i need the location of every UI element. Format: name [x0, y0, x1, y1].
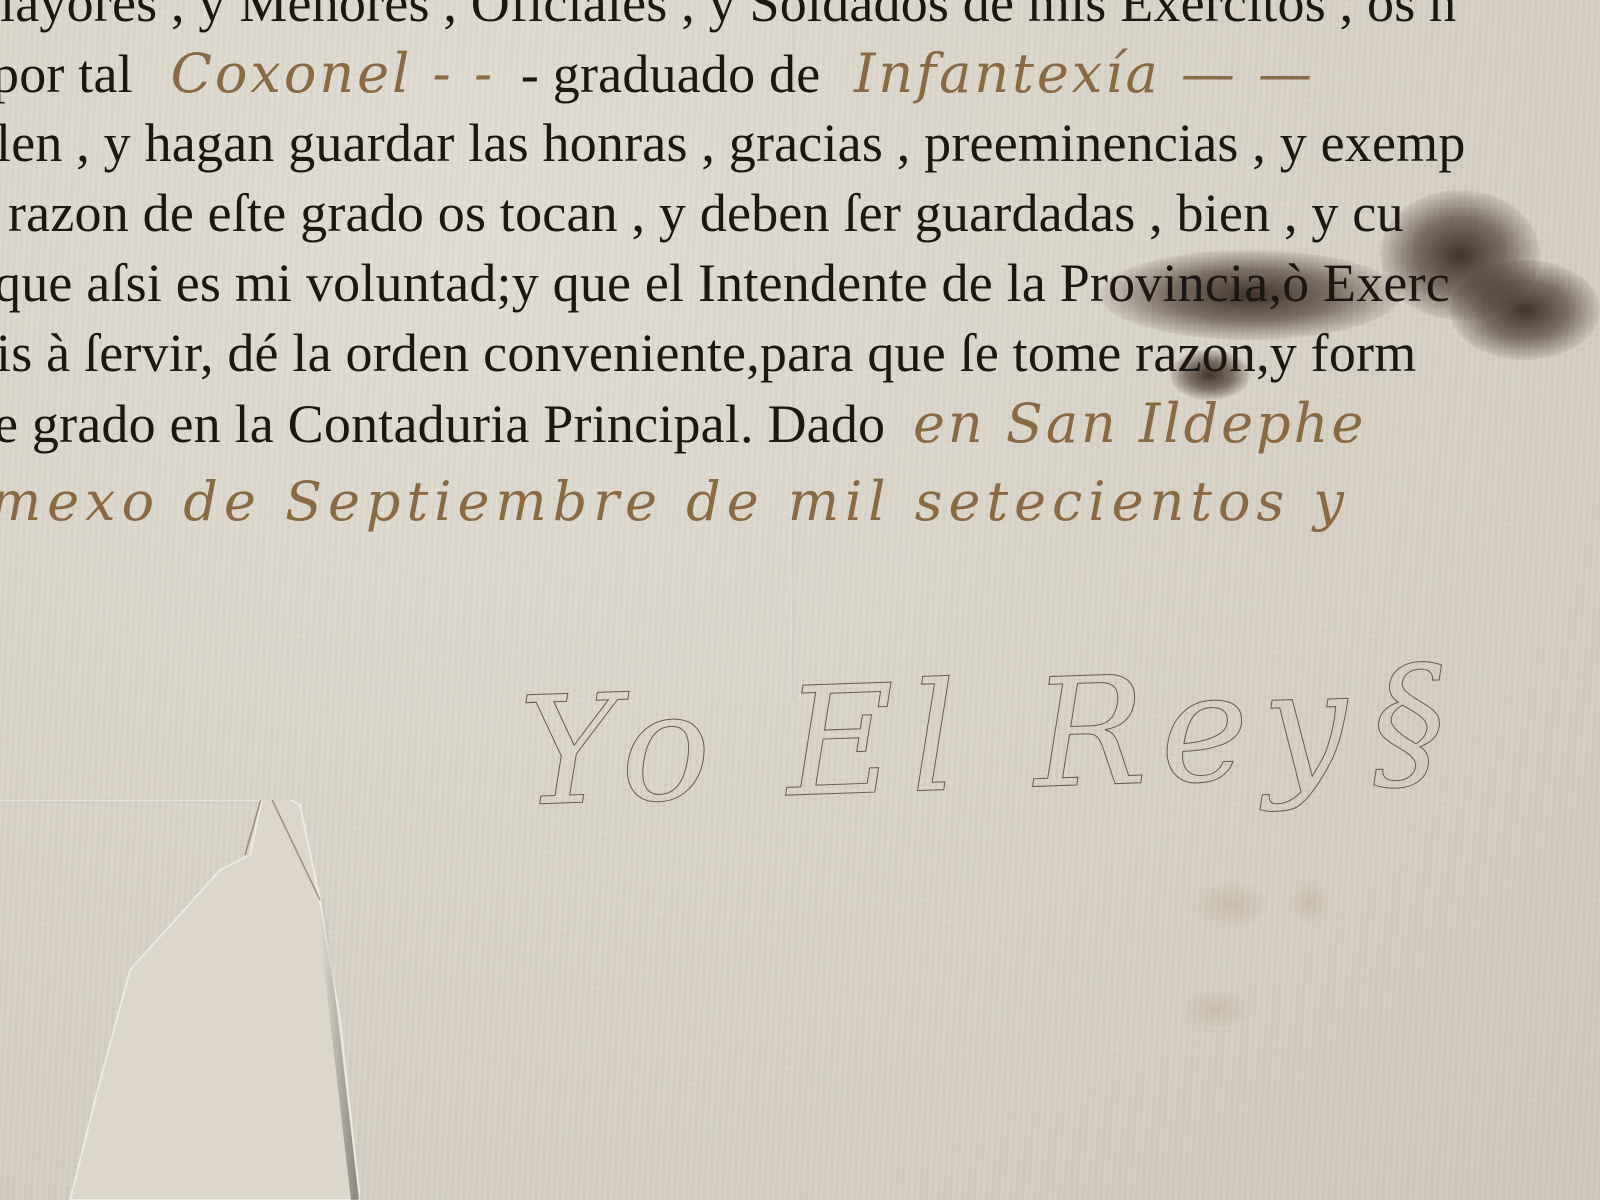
printed-line-2: len , y hagan guardar las honras , graci… [0, 112, 1466, 174]
foxing-stain [1180, 990, 1250, 1030]
foxing-stain [1290, 880, 1330, 925]
foxing-stain [1190, 880, 1270, 930]
royal-signature: Yo El Rey§ [517, 634, 1463, 841]
printed-line-1: por tal Coxonel - - - graduado de Infant… [0, 42, 1315, 105]
printed-line-4: que aſsi es mi voluntad;y que el Intende… [0, 252, 1450, 314]
handwritten-branch: Infantexía — — [854, 42, 1315, 105]
printed-line-5: is à ſervir, dé la orden conveniente,par… [0, 322, 1416, 384]
ink-smudge [1450, 260, 1600, 360]
printed-text: - graduado de [521, 44, 820, 104]
handwritten-rank: Coxonel - - [171, 42, 496, 105]
folded-seal-flap [0, 800, 360, 1200]
paper-fold-horizontal [0, 800, 270, 803]
printed-line-0: layores , y Menores , Oficiales , y Sold… [0, 0, 1456, 34]
printed-text: e grado en la Contaduria Principal. Dado [0, 394, 885, 454]
handwritten-date-line: mexo de Septiembre de mil setecientos y [0, 470, 1350, 533]
printed-text: por tal [0, 44, 133, 104]
signature-rubric: § [1368, 634, 1463, 811]
printed-line-3: razon de eſte grado os tocan , y deben ſ… [8, 182, 1404, 244]
paper-texture [0, 0, 1600, 1200]
document-photo: layores , y Menores , Oficiales , y Sold… [0, 0, 1600, 1200]
signature-text: Yo El Rey [517, 637, 1364, 840]
printed-line-6: e grado en la Contaduria Principal. Dado… [0, 392, 1366, 455]
handwritten-place: en San Ildephe [913, 392, 1366, 455]
